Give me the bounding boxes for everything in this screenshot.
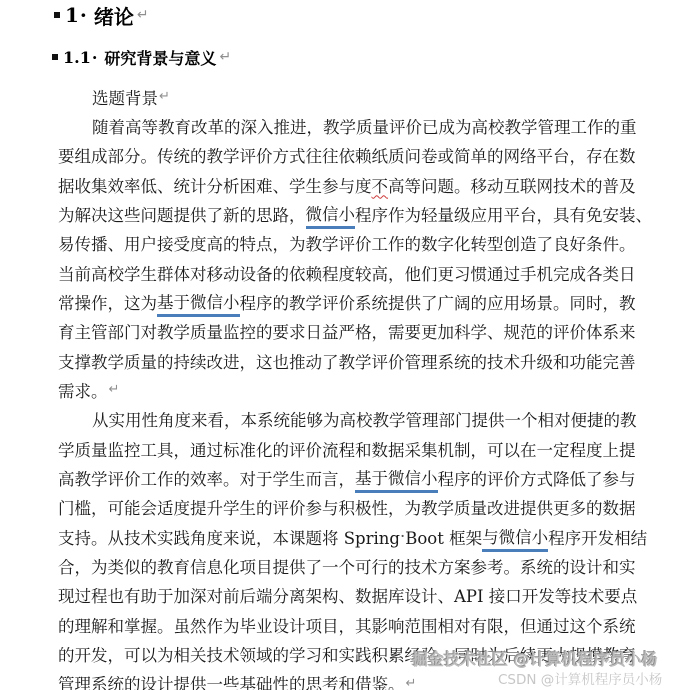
text-segment: 育主管部门对教学质量监控的要求日益严格，需要更加科学、规范的评价体系来 [58,319,636,343]
csdn-watermark: CSDN @计算机程序员小杨 [498,668,662,688]
paragraph-mark: ↵ [108,382,121,397]
text-line: 需求。↵ [58,375,658,404]
heading-1-number: 1 [65,3,79,27]
text-line: 为解决这些问题提供了新的思路，微信小程序作为轻量级应用平台，具有免安装、 [58,199,658,228]
text-line: 学质量监控工具，通过标准化的评价流程和数据采集机制，可以在一定程度上提 [58,434,658,463]
text-segment: 要组成部分。传统的教学评价方式往往依赖纸质问卷或简单的网络平台，存在数 [58,143,636,167]
text-line: 门槛，可能会适度提升学生的评价参与积极性，为教学质量改进提供更多的数据 [58,493,658,522]
text-segment: 需求。 [58,378,108,402]
text-segment: 常操作，这为 [58,290,157,314]
paragraph-mark: ↵ [219,49,231,65]
text-line: 合，为类似的教育信息化项目提供了一个可行的技术方案参考。系统的设计和实 [58,551,658,580]
paragraph-mark: ↵ [137,7,149,23]
text-segment: 据收集效率低、统计分析困难、学生参与度 [58,173,372,197]
text-segment: 学质量监控工具，通过标准化的评价流程和数据采集机制，可以在一定程度上提 [58,437,636,461]
text-segment: 程序作为轻量级应用平台，具有免安装、 [355,202,652,226]
text-segment: 现过程也有助于加深对前后端分离架构、数据库设计、API 接口开发等技术要点 [58,583,637,607]
text-line: 当前高校学生群体对移动设备的依赖程度较高，他们更习惯通过手机完成各类日 [58,258,658,287]
text-segment: 程序开发相结 [548,525,647,549]
text-line: 支撑教学质量的持续改进，这也推动了教学评价管理系统的技术升级和功能完善 [58,346,658,375]
heading-2-title: 研究背景与意义 [104,46,216,69]
spellcheck-flagged-text: 不 [372,173,389,197]
text-segment: Boot 框架 [405,525,482,549]
text-line: 选题背景↵ [58,82,658,111]
text-line: 随着高等教育改革的深入推进，教学质量评价已成为高校教学管理工作的重 [58,111,658,140]
document-body: 选题背景↵随着高等教育改革的深入推进，教学质量评价已成为高校教学管理工作的重要组… [58,82,658,690]
heading-2: 1.1 · 研究背景与意义 ↵ [52,46,231,68]
text-segment: 程序的教学评价系统提供了广阔的应用场景。同时，教 [240,290,636,314]
text-line: 从实用性角度来看，本系统能够为高校教学管理部门提供一个相对便捷的教 [58,405,658,434]
grammar-underlined-text: 基于微信小 [355,465,438,491]
text-segment: 合，为类似的教育信息化项目提供了一个可行的技术方案参考。系统的设计和实 [58,554,636,578]
text-line: 现过程也有助于加深对前后端分离架构、数据库设计、API 接口开发等技术要点 [58,581,658,610]
space-mark: · [80,3,87,27]
paragraph-mark: ↵ [158,89,171,104]
juejin-watermark: 掘金技术社区 @计算机程序员小杨 [412,647,658,670]
outline-square-icon [54,12,60,18]
paragraph-mark: ↵ [405,676,418,690]
text-segment: 门槛，可能会适度提升学生的评价参与积极性，为教学质量改进提供更多的数据 [58,495,636,519]
grammar-underlined-text: 与微信小 [482,524,548,550]
text-segment: 支撑教学质量的持续改进，这也推动了教学评价管理系统的技术升级和功能完善 [58,349,636,373]
text-segment: 为解决这些问题提供了新的思路， [58,202,306,226]
text-segment: 的理解和掌握。虽然作为毕业设计项目，其影响范围相对有限，但通过这个系统 [58,613,636,637]
text-line: 育主管部门对教学质量监控的要求日益严格，需要更加科学、规范的评价体系来 [58,317,658,346]
text-segment: 当前高校学生群体对移动设备的依赖程度较高，他们更习惯通过手机完成各类日 [58,261,636,285]
text-segment: 管理系统的设计提供一些基础性的思考和借鉴。 [58,671,405,690]
heading-1-title: 绪论 [94,1,134,30]
text-line: 的理解和掌握。虽然作为毕业设计项目，其影响范围相对有限，但通过这个系统 [58,610,658,639]
text-segment: 从实用性角度来看，本系统能够为高校教学管理部门提供一个相对便捷的教 [92,407,637,431]
text-segment: 选题背景 [92,85,158,109]
text-line: 要组成部分。传统的教学评价方式往往依赖纸质问卷或简单的网络平台，存在数 [58,141,658,170]
grammar-underlined-text: 基于微信小 [157,289,240,315]
space-mark: · [92,48,98,67]
text-segment: 随着高等教育改革的深入推进，教学质量评价已成为高校教学管理工作的重 [92,114,637,138]
text-segment: 高教学评价工作的效率。对于学生而言， [58,466,355,490]
text-line: 高教学评价工作的效率。对于学生而言，基于微信小程序的评价方式降低了参与 [58,463,658,492]
text-line: 据收集效率低、统计分析困难、学生参与度不高等问题。移动互联网技术的普及 [58,170,658,199]
text-segment: 支持。从技术实践角度来说，本课题将 Spring [58,525,400,549]
text-segment: 程序的评价方式降低了参与 [438,466,636,490]
text-line: 易传播、用户接受度高的特点，为教学评价工作的数字化转型创造了良好条件。 [58,229,658,258]
text-segment: 高等问题。移动互联网技术的普及 [388,173,636,197]
text-segment: 易传播、用户接受度高的特点，为教学评价工作的数字化转型创造了良好条件。 [58,231,636,255]
heading-2-number: 1.1 [63,48,91,67]
outline-square-icon [52,54,58,60]
grammar-underlined-text: 微信小 [306,201,356,227]
text-line: 常操作，这为基于微信小程序的教学评价系统提供了广阔的应用场景。同时，教 [58,287,658,316]
text-line: 支持。从技术实践角度来说，本课题将 Spring·Boot 框架与微信小程序开发… [58,522,658,551]
word-document-page: 1 · 绪论 ↵ 1.1 · 研究背景与意义 ↵ 选题背景↵随着高等教育改革的深… [0,0,684,690]
heading-1: 1 · 绪论 ↵ [54,2,149,28]
